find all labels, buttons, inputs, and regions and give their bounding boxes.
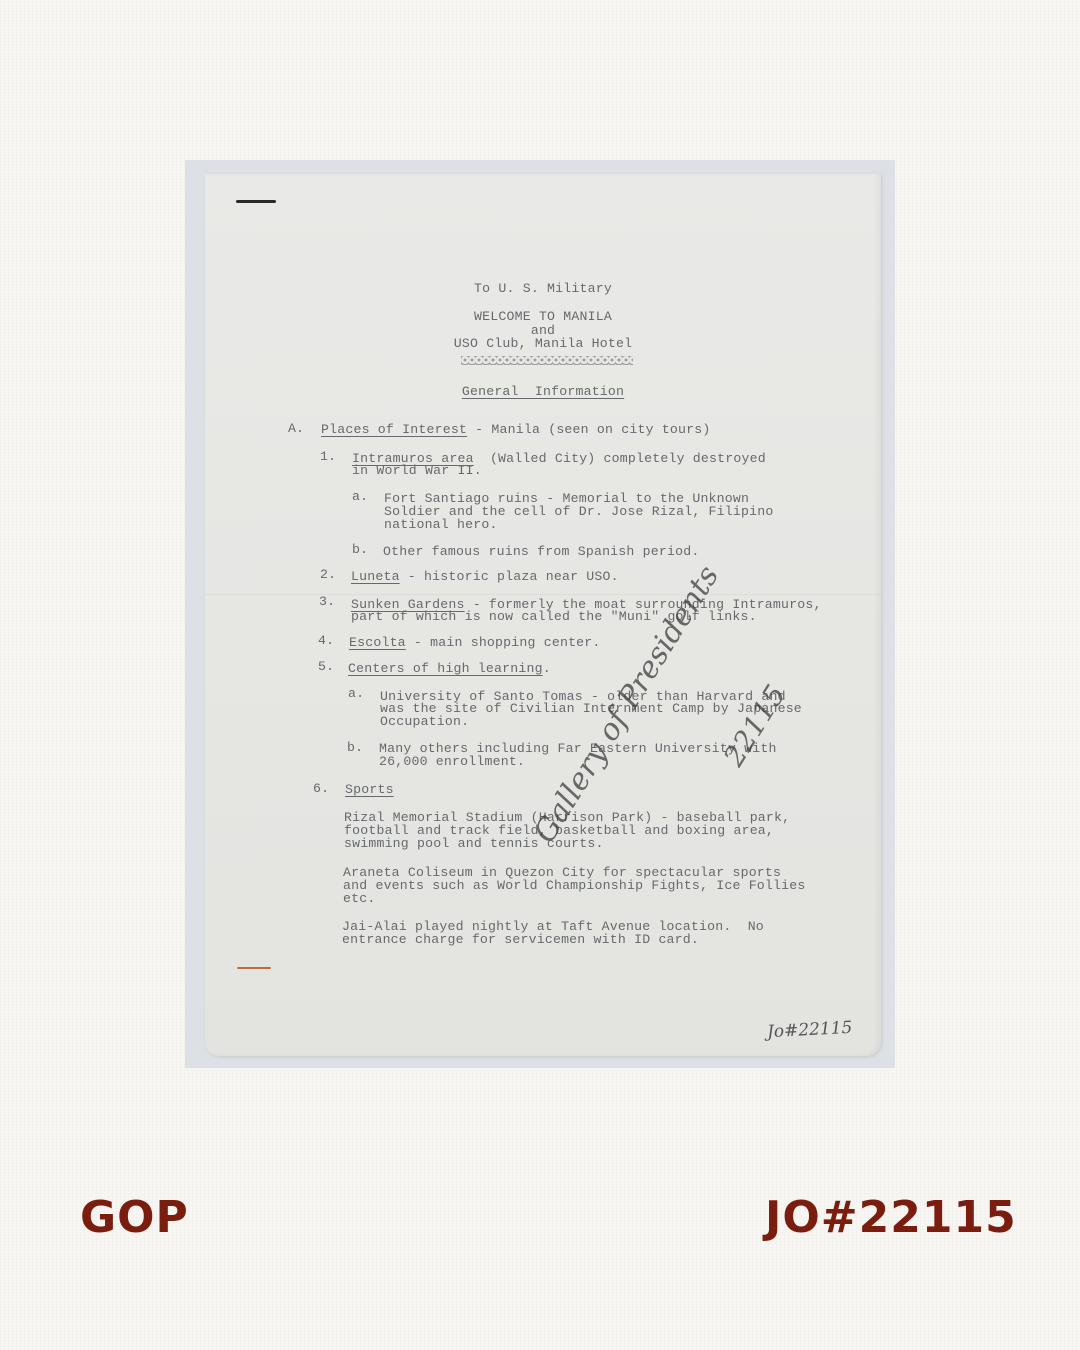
section-a-marker: A. xyxy=(288,422,304,435)
sports-p1-line3: swimming pool and tennis courts. xyxy=(344,837,604,850)
item-2-rest: - historic plaza near USO. xyxy=(400,569,619,584)
item-1-rest: (Walled City) completely destroyed xyxy=(474,451,766,466)
item-5b-marker: b. xyxy=(347,741,363,754)
item-4-line1: Escolta - main shopping center. xyxy=(349,636,601,649)
item-5-marker: 5. xyxy=(318,660,334,673)
paper-fold-line xyxy=(205,594,881,595)
item-6-title: Sports xyxy=(345,783,394,796)
item-1-marker: 1. xyxy=(320,450,336,463)
item-5b-line2: 26,000 enrollment. xyxy=(379,755,525,768)
document-photo: To U. S. Military WELCOME TO MANILA and … xyxy=(185,160,895,1068)
sports-p2-line3: etc. xyxy=(343,892,375,905)
item-5-line1: Centers of high learning. xyxy=(348,662,551,675)
item-5a-line3: Occupation. xyxy=(380,715,469,728)
typewritten-page: To U. S. Military WELCOME TO MANILA and … xyxy=(205,174,881,1056)
item-6-marker: 6. xyxy=(313,782,329,795)
item-1a-marker: a. xyxy=(352,490,368,503)
item-5-rest: . xyxy=(543,661,551,676)
footer-job-number: JO#22115 xyxy=(765,1192,1017,1243)
item-5a-marker: a. xyxy=(348,687,364,700)
section-a-title: Places of Interest xyxy=(321,422,467,437)
item-1b-line1: Other famous ruins from Spanish period. xyxy=(383,545,699,558)
staple-mark-bottom xyxy=(237,967,271,969)
section-title: General Information xyxy=(205,385,881,398)
item-2-line1: Luneta - historic plaza near USO. xyxy=(351,570,619,583)
item-2-title: Luneta xyxy=(351,569,400,584)
handwritten-inventory-number: Jo#22115 xyxy=(767,1018,853,1042)
staple-mark-top xyxy=(236,200,276,203)
item-3-marker: 3. xyxy=(319,595,335,608)
section-a-heading: Places of Interest - Manila (seen on cit… xyxy=(321,423,710,436)
footer-gop-label: GOP xyxy=(80,1192,189,1243)
item-4-marker: 4. xyxy=(318,634,334,647)
item-1b-marker: b. xyxy=(352,543,368,556)
item-2-marker: 2. xyxy=(320,568,336,581)
sports-p2-line2: and events such as World Championship Fi… xyxy=(343,879,806,892)
item-5-title: Centers of high learning xyxy=(348,661,543,676)
struck-out-line xyxy=(461,356,633,365)
item-4-rest: - main shopping center. xyxy=(406,635,601,650)
item-4-title: Escolta xyxy=(349,635,406,650)
section-a-rest: - Manila (seen on city tours) xyxy=(467,422,710,437)
item-1-line2: in World War II. xyxy=(352,464,482,477)
header-to-line: To U. S. Military xyxy=(205,282,881,295)
item-1a-line3: national hero. xyxy=(384,518,498,531)
header-welcome: WELCOME TO MANILA xyxy=(205,310,881,323)
header-uso-club: USO Club, Manila Hotel xyxy=(205,337,881,350)
sports-p3-line2: entrance charge for servicemen with ID c… xyxy=(342,933,699,946)
